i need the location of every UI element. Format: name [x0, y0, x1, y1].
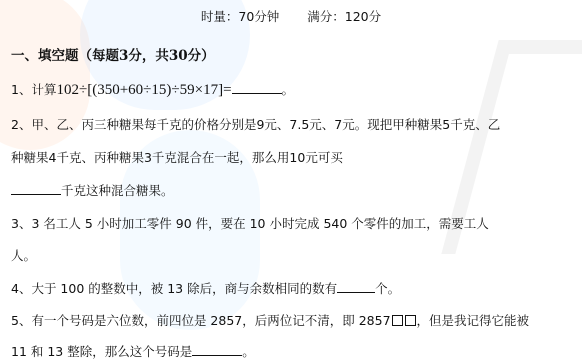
section-title: 一、填空题（每题3分，共30分）	[11, 48, 215, 64]
exam-header: 时量：70分钟 满分：120分	[0, 7, 582, 25]
question-5-line-1: 5、有一个号码是六位数，前四位是 2857，后两位记不清，即 2857，但是我记…	[11, 313, 529, 329]
question-2-line-3: 千克这种混合糖果。	[11, 182, 174, 199]
question-4: 4、大于 100 的整数中，被 13 除后，商与余数相同的数有个。	[11, 280, 400, 297]
full-score: 满分：120分	[307, 9, 381, 24]
unknown-digit-box	[392, 315, 403, 326]
answer-blank[interactable]	[337, 280, 375, 293]
answer-blank[interactable]	[11, 182, 61, 195]
question-5-line-2: 11 和 13 整除，那么这个号码是。	[11, 343, 255, 360]
math-expression: 102÷[(350+60÷15)÷59×17]=	[56, 82, 231, 98]
answer-blank[interactable]	[192, 343, 242, 356]
answer-blank[interactable]	[232, 81, 282, 94]
question-1: 1、计算102÷[(350+60÷15)÷59×17]=。	[11, 81, 294, 98]
question-3-line-2: 人。	[11, 248, 36, 264]
unknown-digit-box	[405, 315, 416, 326]
time-limit: 时量：70分钟	[201, 9, 279, 24]
question-2-line-1: 2、甲、乙、丙三种糖果每千克的价格分别是9元、7.5元、7元。现把甲种糖果5千克…	[11, 117, 500, 133]
question-2-line-2: 种糖果4千克、丙种糖果3千克混合在一起，那么用10元可买	[11, 150, 343, 166]
question-3-line-1: 3、3 名工人 5 小时加工零件 90 件，要在 10 小时完成 540 个零件…	[11, 216, 489, 232]
